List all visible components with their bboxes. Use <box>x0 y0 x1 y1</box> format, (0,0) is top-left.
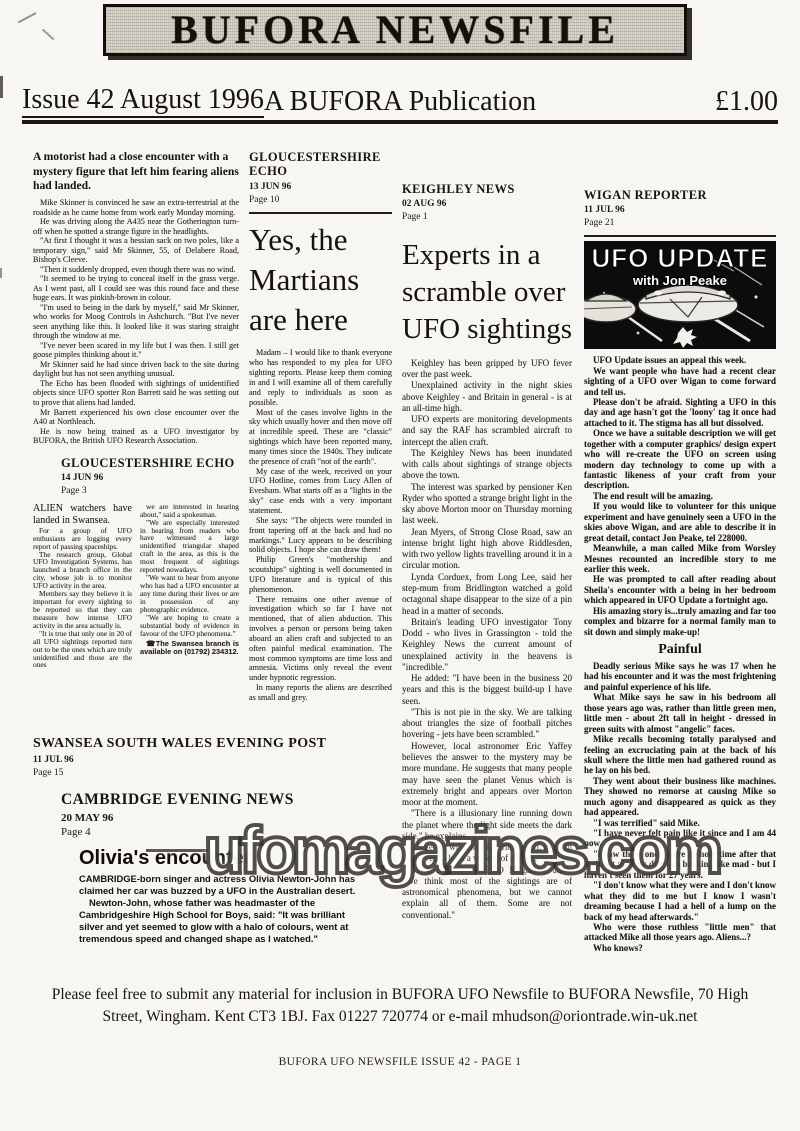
issue-date: Issue 42 August 1996 <box>22 84 264 118</box>
issue-row: Issue 42 August 1996 A BUFORA Publicatio… <box>22 84 778 124</box>
price: £1.00 <box>715 86 778 118</box>
source-name: KEIGHLEY NEWS <box>402 182 572 196</box>
paragraph: Mr Barrett experienced his own close enc… <box>33 408 239 427</box>
paragraph: There remains one other avenue of invest… <box>249 595 392 684</box>
source-name: SWANSEA SOUTH WALES EVENING POST <box>33 736 368 752</box>
article-headline: Olivia's encounter <box>79 847 371 870</box>
paragraph: "I was terrified" said Mike. <box>584 818 776 828</box>
paragraph: His amazing story is...truly amazing and… <box>584 606 776 637</box>
paragraph: "At first I thought it was a hessian sac… <box>33 236 239 265</box>
paragraph: What Mike says he saw in his bedroom all… <box>584 692 776 734</box>
source-header-gloucestershire-echo-2: GLOUCESTERSHIRE ECHO 13 JUN 96 Page 10 <box>249 150 392 206</box>
source-page: Page 4 <box>61 826 368 839</box>
phone-note: ☎The Swansea branch is available on (017… <box>140 640 239 656</box>
column-4: WIGAN REPORTER 11 JUL 96 Page 21 <box>584 188 776 953</box>
paragraph: Jean Myers, of Strong Close Road, saw an… <box>402 527 572 572</box>
source-name: GLOUCESTERSHIRE ECHO <box>249 150 392 179</box>
source-name: WIGAN REPORTER <box>584 188 776 202</box>
pen-scribble <box>42 26 57 40</box>
divider-line <box>584 235 776 237</box>
paragraph: "I don't know what they were and I don't… <box>584 880 776 922</box>
paragraph: "I'm used to being in the dark by myself… <box>33 303 239 341</box>
paragraph: Madam – I would like to thank everyone w… <box>249 348 392 407</box>
paragraph: The end result will be amazing. <box>584 491 776 501</box>
newsletter-title: BUFORA NEWSFILE <box>106 7 684 53</box>
article-martians: Madam – I would like to thank everyone w… <box>249 348 392 702</box>
source-date: 11 JUL 96 <box>584 205 776 216</box>
source-header-cambridge-news: CAMBRIDGE EVENING NEWS 20 MAY 96 Page 4 <box>61 791 368 839</box>
source-page: Page 10 <box>249 195 392 206</box>
paragraph: Mr Skinner said he had since driven back… <box>33 360 239 379</box>
source-name: GLOUCESTERSHIRE ECHO <box>61 456 239 470</box>
source-header-keighley-news: KEIGHLEY NEWS 02 AUG 96 Page 1 <box>402 182 572 223</box>
page-footer: BUFORA UFO NEWSFILE ISSUE 42 - PAGE 1 <box>0 1056 800 1068</box>
article-subheading: Painful <box>584 642 776 658</box>
article-motorist: A motorist had a close encounter with a … <box>33 150 239 446</box>
paragraph: "There is a illusionary line running dow… <box>402 808 572 842</box>
column-1: A motorist had a close encounter with a … <box>33 150 239 669</box>
graphic-subtitle: with Jon Peake <box>584 273 776 288</box>
paragraph: Once we have a suitable description we w… <box>584 428 776 491</box>
source-name: CAMBRIDGE EVENING NEWS <box>61 791 368 809</box>
paragraph: Britain's leading UFO investigator Tony … <box>402 617 572 673</box>
paragraph: They went about their business like mach… <box>584 776 776 818</box>
paragraph: Please don't be afraid. Sighting a UFO i… <box>584 397 776 428</box>
bottom-left-block: SWANSEA SOUTH WALES EVENING POST 11 JUL … <box>33 736 368 945</box>
paragraph: "It is true that only one in 20 of all U… <box>33 630 132 670</box>
paragraph: The Keighley News has been inundated wit… <box>402 448 572 482</box>
graphic-title: UFO UPDATE <box>584 243 776 274</box>
paragraph: Members say they believe it is important… <box>33 590 132 630</box>
source-date: 11 JUL 96 <box>33 755 368 766</box>
paragraph: we are interested in hearing about," sai… <box>140 503 239 519</box>
paragraph: The interest was sparked by pensioner Ke… <box>402 482 572 527</box>
sub-column-right: we are interested in hearing about," sai… <box>140 503 239 670</box>
article-alien-watchers: ALIEN watchers have landed in Swansea. F… <box>33 503 239 670</box>
scan-edge-mark <box>0 76 3 98</box>
source-header-wigan-reporter: WIGAN REPORTER 11 JUL 96 Page 21 <box>584 188 776 229</box>
paragraph: He added: "I have been in the business 2… <box>402 673 572 707</box>
paragraph: He is now being trained as a UFO investi… <box>33 427 239 446</box>
paragraph: "It seemed to be trying to conceal itsel… <box>33 274 239 303</box>
paragraph: "Then it suddenly dropped, even though t… <box>33 265 239 275</box>
pen-scribble <box>16 8 37 24</box>
paragraph: The Echo has been flooded with sightings… <box>33 379 239 408</box>
paragraph: Newton-John, whose father was headmaster… <box>79 897 371 945</box>
paragraph: Lynda Corduex, from Long Lee, said her s… <box>402 572 572 617</box>
sub-column-left: ALIEN watchers have landed in Swansea. F… <box>33 503 132 670</box>
paragraph: He was prompted to call after reading ab… <box>584 574 776 605</box>
paragraph: UFO experts are monitoring developments … <box>402 414 572 448</box>
source-page: Page 15 <box>33 768 368 779</box>
paragraph: Most of the cases involve lights in the … <box>249 408 392 467</box>
source-date: 20 MAY 96 <box>61 812 368 825</box>
column-3: KEIGHLEY NEWS 02 AUG 96 Page 1 Experts i… <box>402 182 572 921</box>
submission-notice: Please feel free to submit any material … <box>50 984 750 1029</box>
paragraph: "We are especially interested in hearing… <box>140 519 239 574</box>
paragraph: "We are hoping to create a substantial b… <box>140 614 239 638</box>
paragraph: In many reports the aliens are described… <box>249 683 392 703</box>
column-2: GLOUCESTERSHIRE ECHO 13 JUN 96 Page 10 Y… <box>249 150 392 703</box>
paragraph: "I've never been scared in my life but I… <box>33 341 239 360</box>
paragraph: Mark Birdsall, of UFO Magazine, adds: "W… <box>402 865 572 921</box>
paragraph: She says: "The objects were rounded in f… <box>249 516 392 555</box>
paragraph: ALIEN watchers have landed in Swansea. <box>33 503 132 527</box>
paragraph: Keighley has been gripped by UFO fever o… <box>402 358 572 381</box>
article-headline: Yes, the Martians are here <box>249 220 392 341</box>
paragraph: Who knows? <box>584 943 776 953</box>
article-experts-scramble: Keighley has been gripped by UFO fever o… <box>402 358 572 921</box>
newsletter-page: BUFORA NEWSFILE Issue 42 August 1996 A B… <box>0 0 800 1131</box>
source-date: 13 JUN 96 <box>249 182 392 193</box>
paragraph: Mike Skinner is convinced he saw an extr… <box>33 198 239 217</box>
paragraph: We want people who have had a recent cle… <box>584 366 776 397</box>
paragraph: UFO Update issues an appeal this week. <box>584 355 776 365</box>
source-page: Page 3 <box>61 486 239 497</box>
paragraph: "This is not pie in the sky. We are talk… <box>402 707 572 741</box>
article-olivia-encounter: Olivia's encounter CAMBRIDGE-born singer… <box>79 847 371 945</box>
paragraph: Unexplained activity in the night skies … <box>402 380 572 414</box>
source-date: 14 JUN 96 <box>61 473 239 484</box>
paragraph: Who were those ruthless "little men" tha… <box>584 922 776 943</box>
divider-line <box>249 212 392 214</box>
ufo-update-graphic: UFO UPDATE with Jon Peake <box>584 241 776 349</box>
paragraph: For a group of UFO enthusiasts are loggi… <box>33 527 132 551</box>
paragraph: CAMBRIDGE-born singer and actress Olivia… <box>79 873 371 897</box>
paragraph: "Together with the flickering effect, th… <box>402 842 572 865</box>
paragraph: Mike recalls becoming totally paralysed … <box>584 734 776 776</box>
paragraph: "I have never felt pain like it since an… <box>584 828 776 849</box>
source-header-swansea-post: SWANSEA SOUTH WALES EVENING POST 11 JUL … <box>33 736 368 779</box>
source-header-gloucestershire-echo: GLOUCESTERSHIRE ECHO 14 JUN 96 Page 3 <box>61 456 239 497</box>
paragraph: "We want to hear from anyone who has had… <box>140 574 239 614</box>
paragraph: Philip Green's "mothership and scoutship… <box>249 555 392 594</box>
source-page: Page 21 <box>584 218 776 229</box>
paragraph: Deadly serious Mike says he was 17 when … <box>584 661 776 692</box>
paragraph: He was driving along the A435 near the G… <box>33 217 239 236</box>
paragraph: "I saw them once more a short time after… <box>584 849 776 880</box>
paragraph: However, local astronomer Eric Yaffey be… <box>402 741 572 809</box>
paragraph: My case of the week, received on your UF… <box>249 467 392 516</box>
paragraph: If you would like to volunteer for this … <box>584 501 776 543</box>
paragraph: The research group, Global UFO Investiga… <box>33 551 132 591</box>
scan-edge-mark <box>0 268 2 278</box>
article-lead: A motorist had a close encounter with a … <box>33 150 239 194</box>
source-date: 02 AUG 96 <box>402 199 572 210</box>
article-ufo-update: UFO Update issues an appeal this week. W… <box>584 355 776 953</box>
source-page: Page 1 <box>402 212 572 223</box>
phone-note-text: The Swansea branch is available on (0179… <box>140 639 239 656</box>
paragraph: Meanwhile, a man called Mike from Worsle… <box>584 543 776 574</box>
masthead-box: BUFORA NEWSFILE <box>103 4 687 56</box>
article-headline: Experts in a scramble over UFO sightings <box>402 237 572 347</box>
